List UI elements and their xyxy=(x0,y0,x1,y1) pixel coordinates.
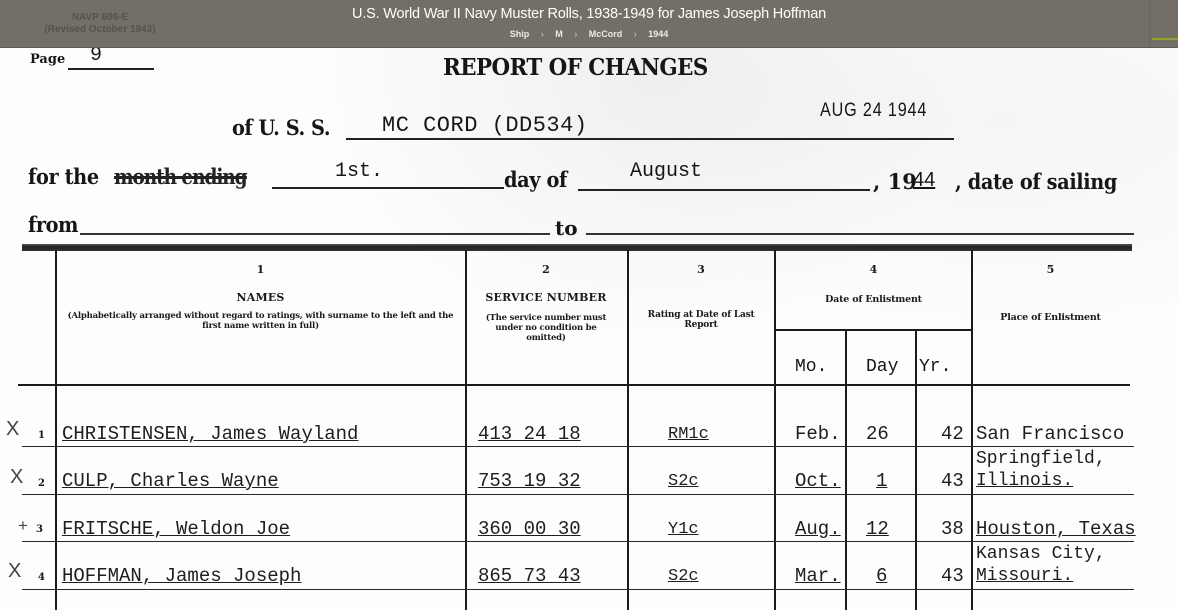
cell-month: Aug. xyxy=(795,518,841,540)
cell-place: Houston, Texas xyxy=(976,518,1136,540)
header-service-number: 2 SERVICE NUMBER (The service number mus… xyxy=(467,263,625,343)
cell-rating: S2c xyxy=(668,567,699,586)
struck-month-ending: month ending xyxy=(114,164,247,189)
cell-place: San Francisco xyxy=(976,423,1124,445)
check-mark-icon: X xyxy=(8,560,21,583)
header-place-of-enlistment: 5 Place of Enlistment xyxy=(973,263,1128,323)
subheader-year: Yr. xyxy=(919,357,951,377)
for-the-label: for the xyxy=(28,164,99,189)
cell-place-line2: Illinois. xyxy=(976,471,1073,492)
row-rule xyxy=(22,589,1134,590)
cell-service-number: 865 73 43 xyxy=(478,565,581,587)
cell-service-number: 360 00 30 xyxy=(478,518,581,540)
subheader-day: Day xyxy=(866,357,898,377)
cell-day: 6 xyxy=(876,565,887,587)
page-underline xyxy=(68,68,154,70)
chevron-right-icon: › xyxy=(541,29,544,39)
date-subheader-rule xyxy=(774,329,972,331)
cell-service-number: 753 19 32 xyxy=(478,470,581,492)
ship-underline xyxy=(346,138,954,140)
day-underline xyxy=(272,187,504,189)
check-mark-icon: + xyxy=(18,516,28,536)
cell-name: FRITSCHE, Weldon Joe xyxy=(62,518,290,540)
page-label: Page xyxy=(30,52,65,67)
from-label: from xyxy=(28,212,78,237)
header-bottom-rule xyxy=(18,384,1130,386)
to-label: to xyxy=(555,216,578,240)
col-divider xyxy=(915,330,917,610)
header-date-of-enlistment: 4 Date of Enlistment xyxy=(776,263,971,305)
from-underline xyxy=(80,233,550,235)
breadcrumb-ship[interactable]: Ship xyxy=(510,29,530,39)
to-underline xyxy=(586,233,1134,235)
chevron-right-icon: › xyxy=(634,29,637,39)
row-index: 1 xyxy=(38,430,45,441)
cell-place-line1: Springfield, xyxy=(976,449,1106,470)
cell-place-line2: Missouri. xyxy=(976,566,1073,587)
cell-service-number: 413 24 18 xyxy=(478,423,581,445)
cell-month: Feb. xyxy=(795,423,841,445)
col-divider xyxy=(845,330,847,610)
document-heading: REPORT OF CHANGES xyxy=(443,54,708,81)
breadcrumb-mccord[interactable]: McCord xyxy=(589,29,623,39)
cell-day: 12 xyxy=(866,518,889,540)
record-title-banner: NAVP 606-E (Revised October 1943) U.S. W… xyxy=(0,0,1178,48)
check-mark-icon: X xyxy=(6,418,19,441)
breadcrumb-m[interactable]: M xyxy=(555,29,563,39)
row-rule xyxy=(22,541,1134,542)
cell-year: 43 xyxy=(941,470,964,492)
received-stamp: AUG 24 1944 xyxy=(820,100,927,122)
cell-rating: S2c xyxy=(668,472,699,491)
record-title: U.S. World War II Navy Muster Rolls, 193… xyxy=(0,6,1178,22)
of-uss-label: of U. S. S. xyxy=(232,115,330,140)
day-of-label: day of xyxy=(504,167,567,192)
cell-rating: RM1c xyxy=(668,425,709,444)
header-names: 1 NAMES (Alphabetically arranged without… xyxy=(58,263,463,331)
row-index: 3 xyxy=(36,524,43,535)
cell-name: CHRISTENSEN, James Wayland xyxy=(62,423,358,445)
cell-year: 42 xyxy=(941,423,964,445)
chevron-right-icon: › xyxy=(574,29,577,39)
table-top-rule xyxy=(22,244,1132,251)
col-divider xyxy=(55,250,57,610)
accent-indicator xyxy=(1152,38,1178,40)
cell-name: CULP, Charles Wayne xyxy=(62,470,279,492)
cell-year: 38 xyxy=(941,518,964,540)
subheader-month: Mo. xyxy=(795,357,827,377)
cell-year: 43 xyxy=(941,565,964,587)
cell-rating: Y1c xyxy=(668,520,699,539)
banner-edge-divider xyxy=(1149,0,1150,48)
cell-month: Oct. xyxy=(795,470,841,492)
breadcrumb-1944[interactable]: 1944 xyxy=(648,29,668,39)
year-value: 44 xyxy=(913,169,935,192)
cell-day: 1 xyxy=(876,470,887,492)
cell-place-line1: Kansas City, xyxy=(976,544,1106,565)
row-index: 2 xyxy=(38,478,45,489)
year-prefix: , 19 xyxy=(873,169,917,194)
row-rule xyxy=(22,446,1134,447)
ship-name: MC CORD (DD534) xyxy=(382,113,588,138)
cell-month: Mar. xyxy=(795,565,841,587)
cell-day: 26 xyxy=(866,423,889,445)
day-value: 1st. xyxy=(335,160,383,183)
check-mark-icon: X xyxy=(10,466,23,489)
month-underline xyxy=(578,189,870,191)
row-rule xyxy=(22,494,1134,495)
muster-roll-document: Page 9 REPORT OF CHANGES of U. S. S. MC … xyxy=(0,0,1178,610)
cell-name: HOFFMAN, James Joseph xyxy=(62,565,301,587)
month-value: August xyxy=(630,160,702,183)
breadcrumb: Ship › M › McCord › 1944 xyxy=(0,29,1178,39)
header-rating: 3 Rating at Date of Last Report xyxy=(629,263,773,330)
date-of-sailing-label: , date of sailing xyxy=(955,169,1117,194)
row-index: 4 xyxy=(38,572,45,583)
